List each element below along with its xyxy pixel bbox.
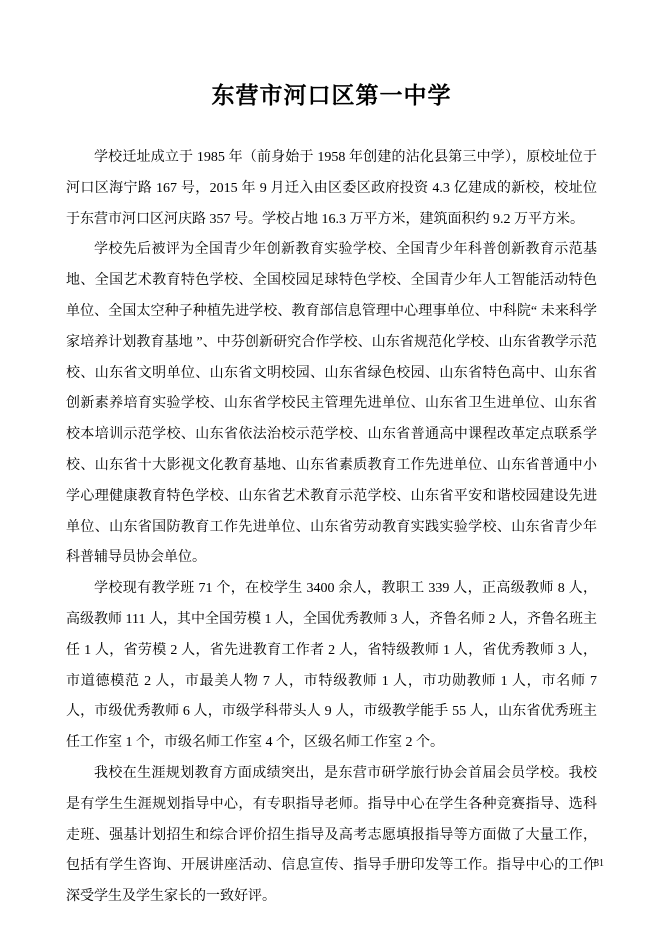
document-title: 东营市河口区第一中学 <box>66 80 597 110</box>
paragraph-school-history: 学校迁址成立于 1985 年（前身始于 1958 年创建的沾化县第三中学），原校… <box>66 143 597 235</box>
document-page: 东营市河口区第一中学 学校迁址成立于 1985 年（前身始于 1958 年创建的… <box>0 0 662 936</box>
paragraph-school-honors: 学校先后被评为全国青少年创新教育实验学校、全国青少年科普创新教育示范基地、全国艺… <box>66 235 597 574</box>
paragraph-career-guidance: 我校在生涯规划教育方面成绩突出，是东营市研学旅行协会首届会员学校。我校是有学生生… <box>66 759 597 913</box>
paragraph-staff-statistics: 学校现有教学班 71 个，在校学生 3400 余人，教职工 339 人，正高级教… <box>66 574 597 759</box>
page-number: 81 <box>594 858 604 870</box>
